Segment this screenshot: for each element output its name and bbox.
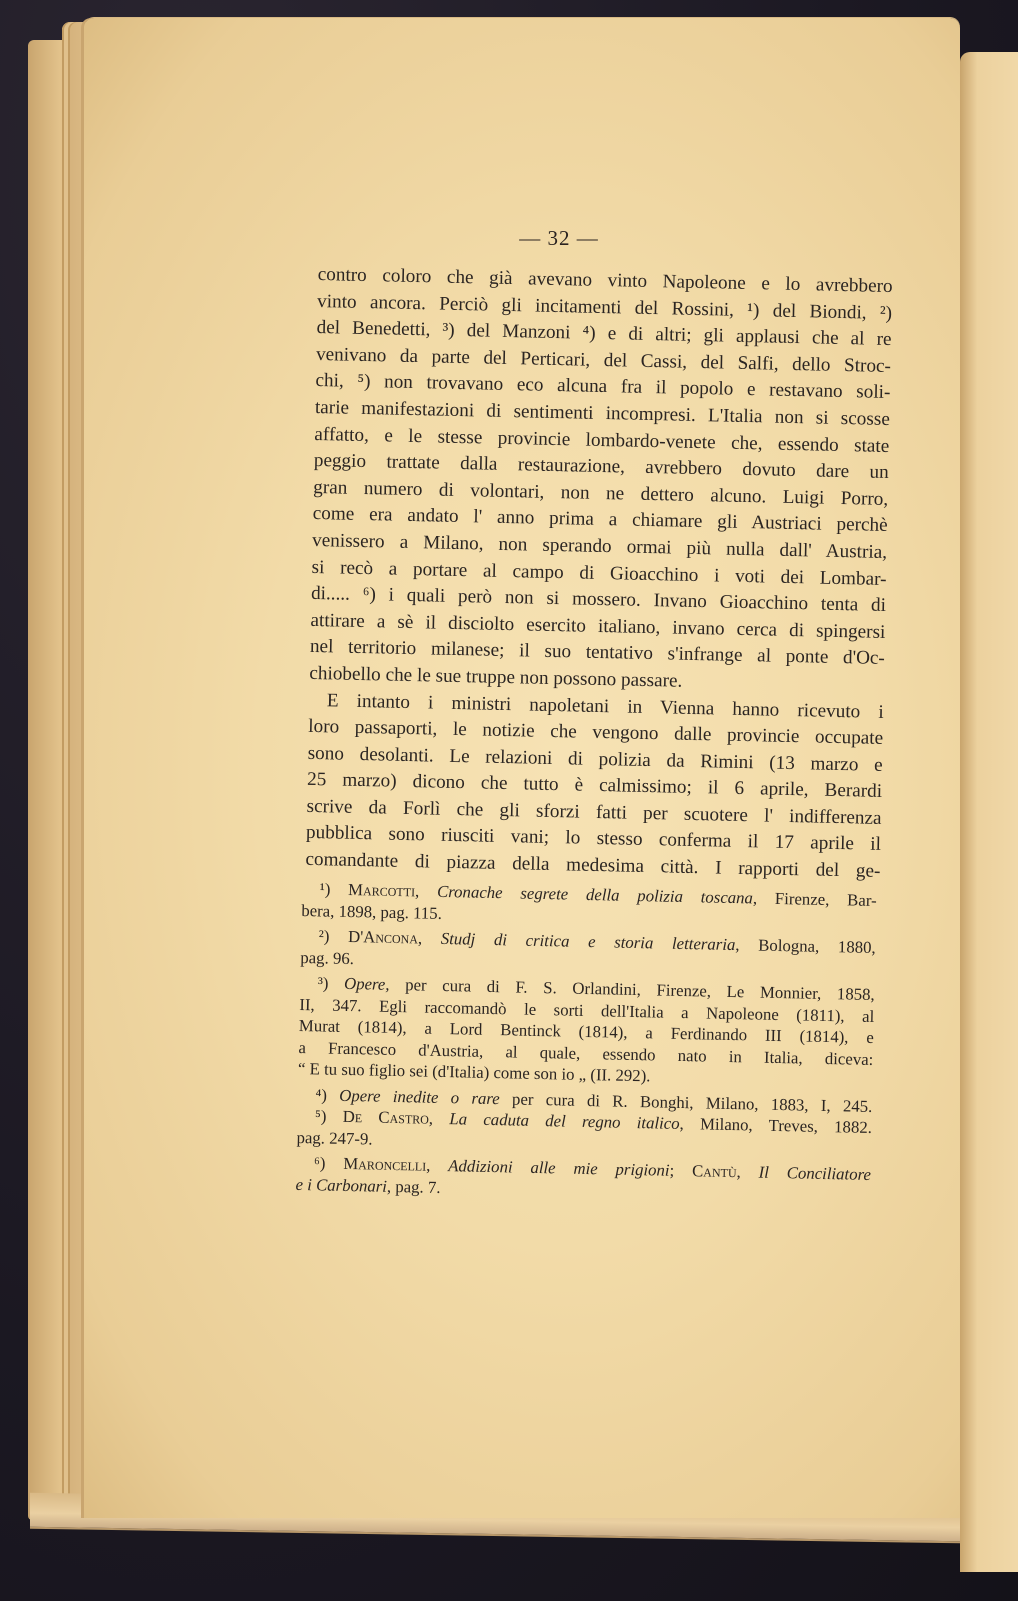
footnote-6: ⁶) Maroncelli, Addizioni alle mie prigio… <box>295 1152 871 1207</box>
footnote-author: De Castro, <box>343 1107 434 1128</box>
footnote-title: La caduta del regno italico <box>449 1109 680 1133</box>
footnotes: ¹) Marcotti, Cronache segrete della poli… <box>295 878 877 1211</box>
footnote-mark: ⁵) <box>315 1106 327 1125</box>
footnote-author: ; Cantù, <box>669 1161 741 1181</box>
footnote-mark: ⁴) <box>315 1085 327 1104</box>
page-number: — 32 — <box>0 226 1018 251</box>
footnote-title: Addizioni alle mie prigioni <box>448 1156 670 1180</box>
body-text: contro coloro che già avevano vinto Napo… <box>305 262 893 886</box>
footnote-text: , Milano, Treves, 1882. <box>679 1114 872 1137</box>
footnote-text: , pag. 7. <box>387 1176 441 1196</box>
footnote-title: Il Conciliatore <box>758 1163 871 1184</box>
footnote-mark: ³) <box>318 973 329 992</box>
footnote-text: , Firenze, Bar- <box>753 888 877 910</box>
footnote-author: Maroncelli, <box>343 1154 430 1175</box>
footnote-title: Opere, <box>344 974 390 994</box>
footnote-mark: ⁶) <box>314 1153 326 1172</box>
footnote-title: e i Carbonari <box>295 1174 387 1195</box>
footnote-mark: ¹) <box>320 879 331 898</box>
footnote-author: D'Ancona, <box>348 927 423 948</box>
footnote-2: ²) D'Ancona, Studj di critica e storia l… <box>300 925 876 980</box>
footnote-3: ³) Opere, per cura di F. S. Orlandini, F… <box>298 972 875 1092</box>
adjacent-page-edge <box>960 52 1018 1572</box>
footnote-mark: ²) <box>319 926 330 945</box>
footnote-text: , Bologna, 1880, <box>735 935 876 957</box>
footnote-author: Marcotti, <box>348 880 420 900</box>
footnote-title: Studj di critica e storia letteraria <box>441 929 736 954</box>
footnote-title: Opere inedite o rare <box>339 1085 500 1107</box>
